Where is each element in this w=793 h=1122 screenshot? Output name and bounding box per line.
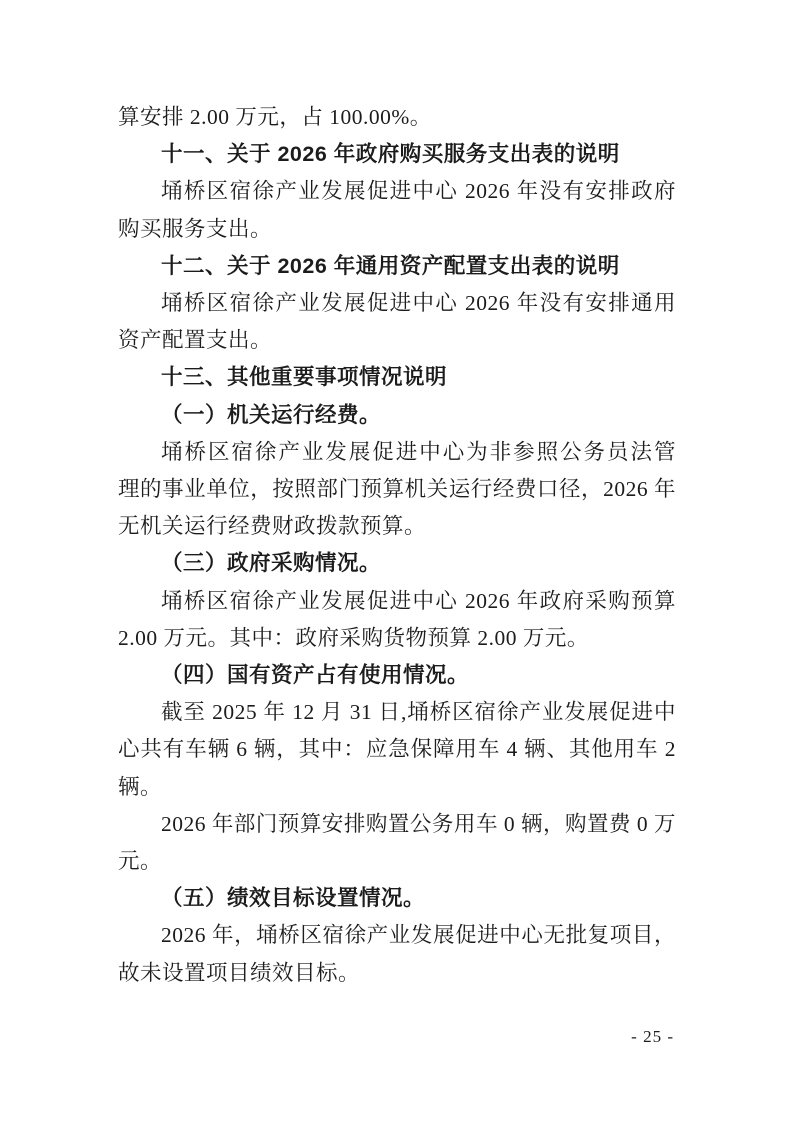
heading-line: （一）机关运行经费。 [118,397,676,434]
body-line: 埇桥区宿徐产业发展促进中心为非参照公务员法管 [118,434,676,471]
body-line: 埇桥区宿徐产业发展促进中心 2026 年没有安排政府 [118,173,676,210]
body-line: 截至 2025 年 12 月 31 日,埇桥区宿徐产业发展促进中 [118,694,676,731]
body-line: 无机关运行经费财政拨款预算。 [118,508,676,545]
body-line: 购买服务支出。 [118,211,676,248]
body-line: 心共有车辆 6 辆，其中：应急保障用车 4 辆、其他用车 2 [118,731,676,768]
body-line: 2.00 万元。其中：政府采购货物预算 2.00 万元。 [118,620,676,657]
heading-line: （五）绩效目标设置情况。 [118,880,676,917]
body-line: 理的事业单位，按照部门预算机关运行经费口径，2026 年 [118,471,676,508]
document-page: 算安排 2.00 万元，占 100.00%。十一、关于 2026 年政府购买服务… [0,0,793,1122]
page-number: - 25 - [631,1027,674,1047]
body-line: 辆。 [118,769,676,806]
heading-line: （三）政府采购情况。 [118,545,676,582]
body-line: 2026 年部门预算安排购置公务用车 0 辆，购置费 0 万 [118,806,676,843]
heading-line: 十二、关于 2026 年通用资产配置支出表的说明 [118,248,676,285]
text-block: 算安排 2.00 万元，占 100.00%。十一、关于 2026 年政府购买服务… [118,99,676,992]
heading-line: 十一、关于 2026 年政府购买服务支出表的说明 [118,136,676,173]
body-line: 故未设置项目绩效目标。 [118,955,676,992]
body-line: 资产配置支出。 [118,322,676,359]
body-line: 元。 [118,843,676,880]
heading-line: 十三、其他重要事项情况说明 [118,359,676,396]
body-line: 埇桥区宿徐产业发展促进中心 2026 年政府采购预算 [118,583,676,620]
heading-line: （四）国有资产占有使用情况。 [118,657,676,694]
body-line: 算安排 2.00 万元，占 100.00%。 [118,99,676,136]
body-line: 埇桥区宿徐产业发展促进中心 2026 年没有安排通用 [118,285,676,322]
body-line: 2026 年，埇桥区宿徐产业发展促进中心无批复项目， [118,917,676,954]
